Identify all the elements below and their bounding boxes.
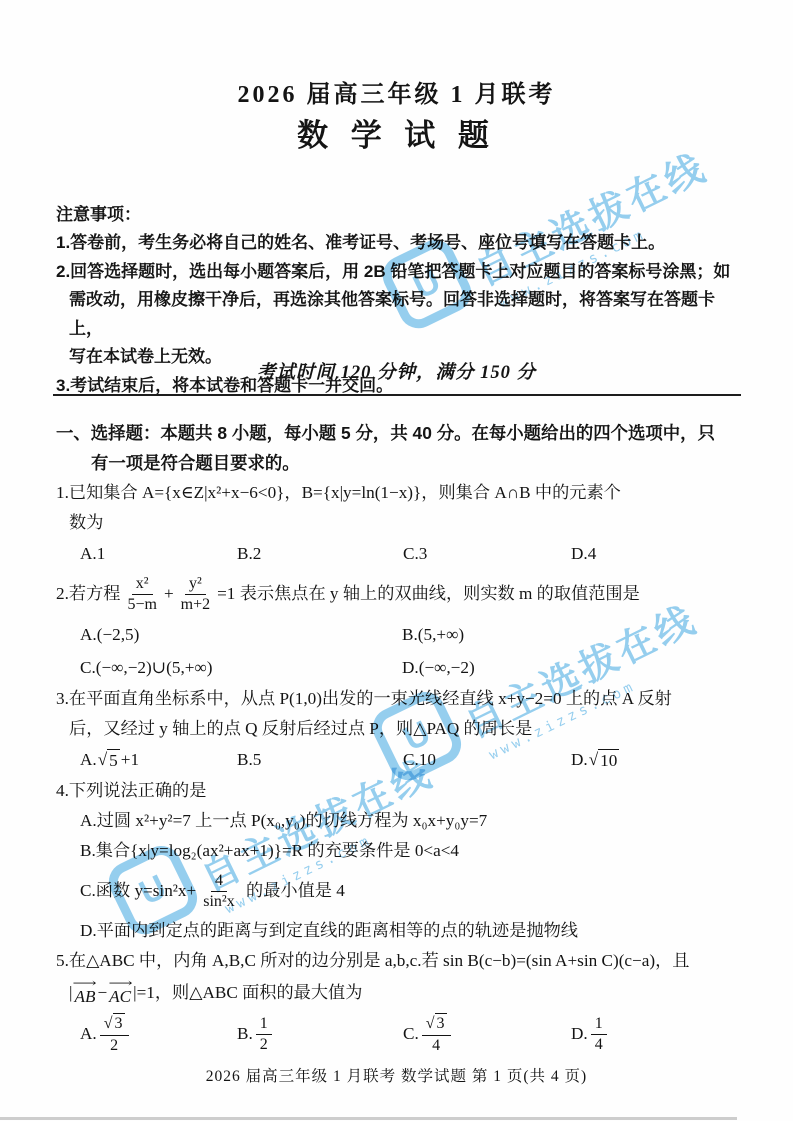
q1-options: A.1 B.2 C.3 D.4	[80, 538, 745, 570]
option-content: (5,+∞)	[418, 625, 464, 645]
option-b: B.12	[237, 1015, 403, 1054]
question-3: 3.在平面直角坐标系中，从点 P(1,0)出发的一束光线经直线 x+y−2=0 …	[56, 684, 745, 776]
option-a: A.√32	[80, 1013, 237, 1055]
notice-line: 需改动，用橡皮擦干净后，再选涂其他答案标号。回答非选择题时，将答案写在答题卡上，	[56, 286, 747, 343]
option-content: √32	[97, 1013, 132, 1055]
option-content: 5	[253, 750, 262, 770]
option-c: C.3	[403, 544, 571, 564]
option-content: 过圆 x²+y²=7 上一点 P(x₀,y₀)的切线方程为 x₀x+y₀y=7	[97, 811, 488, 830]
question-line: 4.下列说法正确的是	[56, 776, 745, 806]
scan-edge-line	[0, 1117, 737, 1120]
questions-area: 一、选择题：本题共 8 小题，每小题 5 分，共 40 分。在每小题给出的四个选…	[56, 418, 745, 1058]
option-content: (−∞,−2)	[419, 658, 475, 678]
option-label: D.	[571, 750, 588, 770]
option-label: D.	[571, 1024, 588, 1044]
option-label: A.	[80, 750, 97, 770]
option-content: 3	[419, 544, 428, 564]
question-line: 数为	[56, 508, 745, 538]
q5-options: A.√32 B.12 C.√34 D.14	[80, 1010, 745, 1058]
option-label: A.	[80, 1024, 97, 1044]
option-c: C.10	[403, 750, 571, 770]
option-content: 平面内到定点的距离与到定直线的距离相等的点的轨迹是抛物线	[97, 921, 578, 940]
option-label: B.	[237, 1024, 253, 1044]
q2-options-row1: A.(−2,5) B.(5,+∞)	[80, 618, 745, 651]
question-line: 5.在△ABC 中，内角 A,B,C 所对的边分别是 a,b,c.若 sin B…	[56, 946, 745, 976]
option-d: D.平面内到定点的距离与到定直线的距离相等的点的轨迹是抛物线	[80, 916, 745, 946]
option-label: C.	[80, 658, 96, 678]
option-a: A.过圆 x²+y²=7 上一点 P(x₀,y₀)的切线方程为 x₀x+y₀y=…	[80, 806, 745, 836]
option-content: √34	[419, 1013, 454, 1055]
question-1: 1.已知集合 A={x∈Z|x²+x−6<0}，B={x|y=ln(1−x)}，…	[56, 478, 745, 570]
option-label: D.	[80, 921, 97, 940]
option-d: D.4	[571, 544, 745, 564]
option-a: A.(−2,5)	[80, 625, 402, 645]
q2-options-row2: C.(−∞,−2)∪(5,+∞) D.(−∞,−2)	[80, 651, 745, 684]
option-content: 2	[253, 544, 262, 564]
exam-title: 2026 届高三年级 1 月联考	[0, 74, 793, 109]
option-b: B.2	[237, 544, 403, 564]
section-heading: 一、选择题：本题共 8 小题，每小题 5 分，共 40 分。在每小题给出的四个选…	[56, 418, 745, 448]
option-label: D.	[402, 658, 419, 678]
option-label: B.	[237, 544, 253, 564]
section-heading-cont: 有一项是符合题目要求的。	[56, 448, 745, 478]
option-c: C.(−∞,−2)∪(5,+∞)	[80, 658, 402, 678]
question-4: 4.下列说法正确的是 A.过圆 x²+y²=7 上一点 P(x₀,y₀)的切线方…	[56, 776, 745, 946]
option-label: B.	[237, 750, 253, 770]
exam-paper-page: U 自主选拔在线 www.zizzs.com U 自主选拔在线 www.zizz…	[0, 0, 793, 1121]
option-content: 集合{x|y=log₂(ax²+ax+1)}=R 的充要条件是 0<a<4	[96, 841, 459, 860]
option-a: A.1	[80, 544, 237, 564]
question-line: 1.已知集合 A={x∈Z|x²+x−6<0}，B={x|y=ln(1−x)}，…	[56, 478, 745, 508]
option-content: 12	[253, 1015, 275, 1054]
option-a: A.√5+1	[80, 749, 237, 772]
q3-options: A.√5+1 B.5 C.10 D.√10	[80, 744, 745, 776]
option-c: C.函数 y=sin²x+4sin²x 的最小值是 4	[80, 866, 745, 916]
option-content: (−∞,−2)∪(5,+∞)	[96, 658, 213, 678]
option-d: D.14	[571, 1015, 745, 1054]
notice-heading: 注意事项：	[56, 200, 747, 229]
option-label: A.	[80, 544, 97, 564]
option-label: B.	[80, 841, 96, 860]
page-footer: 2026 届高三年级 1 月联考 数学试题 第 1 页(共 4 页)	[0, 1064, 793, 1086]
question-line: 2.若方程x²5−m+y²m+2=1 表示焦点在 y 轴上的双曲线，则实数 m …	[56, 570, 745, 618]
option-content: 1	[97, 544, 106, 564]
question-line: 3.在平面直角坐标系中，从点 P(1,0)出发的一束光线经直线 x+y−2=0 …	[56, 684, 745, 714]
option-label: C.	[403, 1024, 419, 1044]
page-title: 数 学 试 题	[0, 110, 793, 155]
question-5: 5.在△ABC 中，内角 A,B,C 所对的边分别是 a,b,c.若 sin B…	[56, 946, 745, 1058]
option-b: B.5	[237, 750, 403, 770]
option-label: C.	[403, 544, 419, 564]
exam-duration-info: 考试时间 120 分钟，满分 150 分	[0, 358, 793, 384]
option-label: C.	[403, 750, 419, 770]
option-content: 14	[588, 1015, 610, 1054]
option-c: C.√34	[403, 1013, 571, 1055]
option-content: 4	[588, 544, 597, 564]
question-line: |⟶AB−⟶AC|=1，则△ABC 面积的最大值为	[56, 976, 745, 1010]
section-divider	[53, 394, 741, 396]
option-content: 函数 y=sin²x+4sin²x 的最小值是 4	[96, 872, 345, 911]
option-d: D.(−∞,−2)	[402, 658, 745, 678]
question-2: 2.若方程x²5−m+y²m+2=1 表示焦点在 y 轴上的双曲线，则实数 m …	[56, 570, 745, 684]
option-label: C.	[80, 881, 96, 902]
option-content: √5+1	[97, 749, 139, 772]
notice-line: 2.回答选择题时，选出每小题答案后，用 2B 铅笔把答题卡上对应题目的答案标号涂…	[56, 258, 747, 287]
option-label: B.	[402, 625, 418, 645]
option-content: (−2,5)	[97, 625, 140, 645]
question-line: 后，又经过 y 轴上的点 Q 反射后经过点 P，则△PAQ 的周长是	[56, 714, 745, 744]
option-b: B.集合{x|y=log₂(ax²+ax+1)}=R 的充要条件是 0<a<4	[80, 836, 745, 866]
notice-line: 1.答卷前，考生务必将自己的姓名、准考证号、考场号、座位号填写在答题卡上。	[56, 229, 747, 258]
option-d: D.√10	[571, 749, 745, 772]
option-content: 10	[419, 750, 436, 770]
option-label: A.	[80, 625, 97, 645]
option-label: D.	[571, 544, 588, 564]
option-content: √10	[588, 749, 621, 772]
option-b: B.(5,+∞)	[402, 625, 745, 645]
option-label: A.	[80, 811, 97, 830]
